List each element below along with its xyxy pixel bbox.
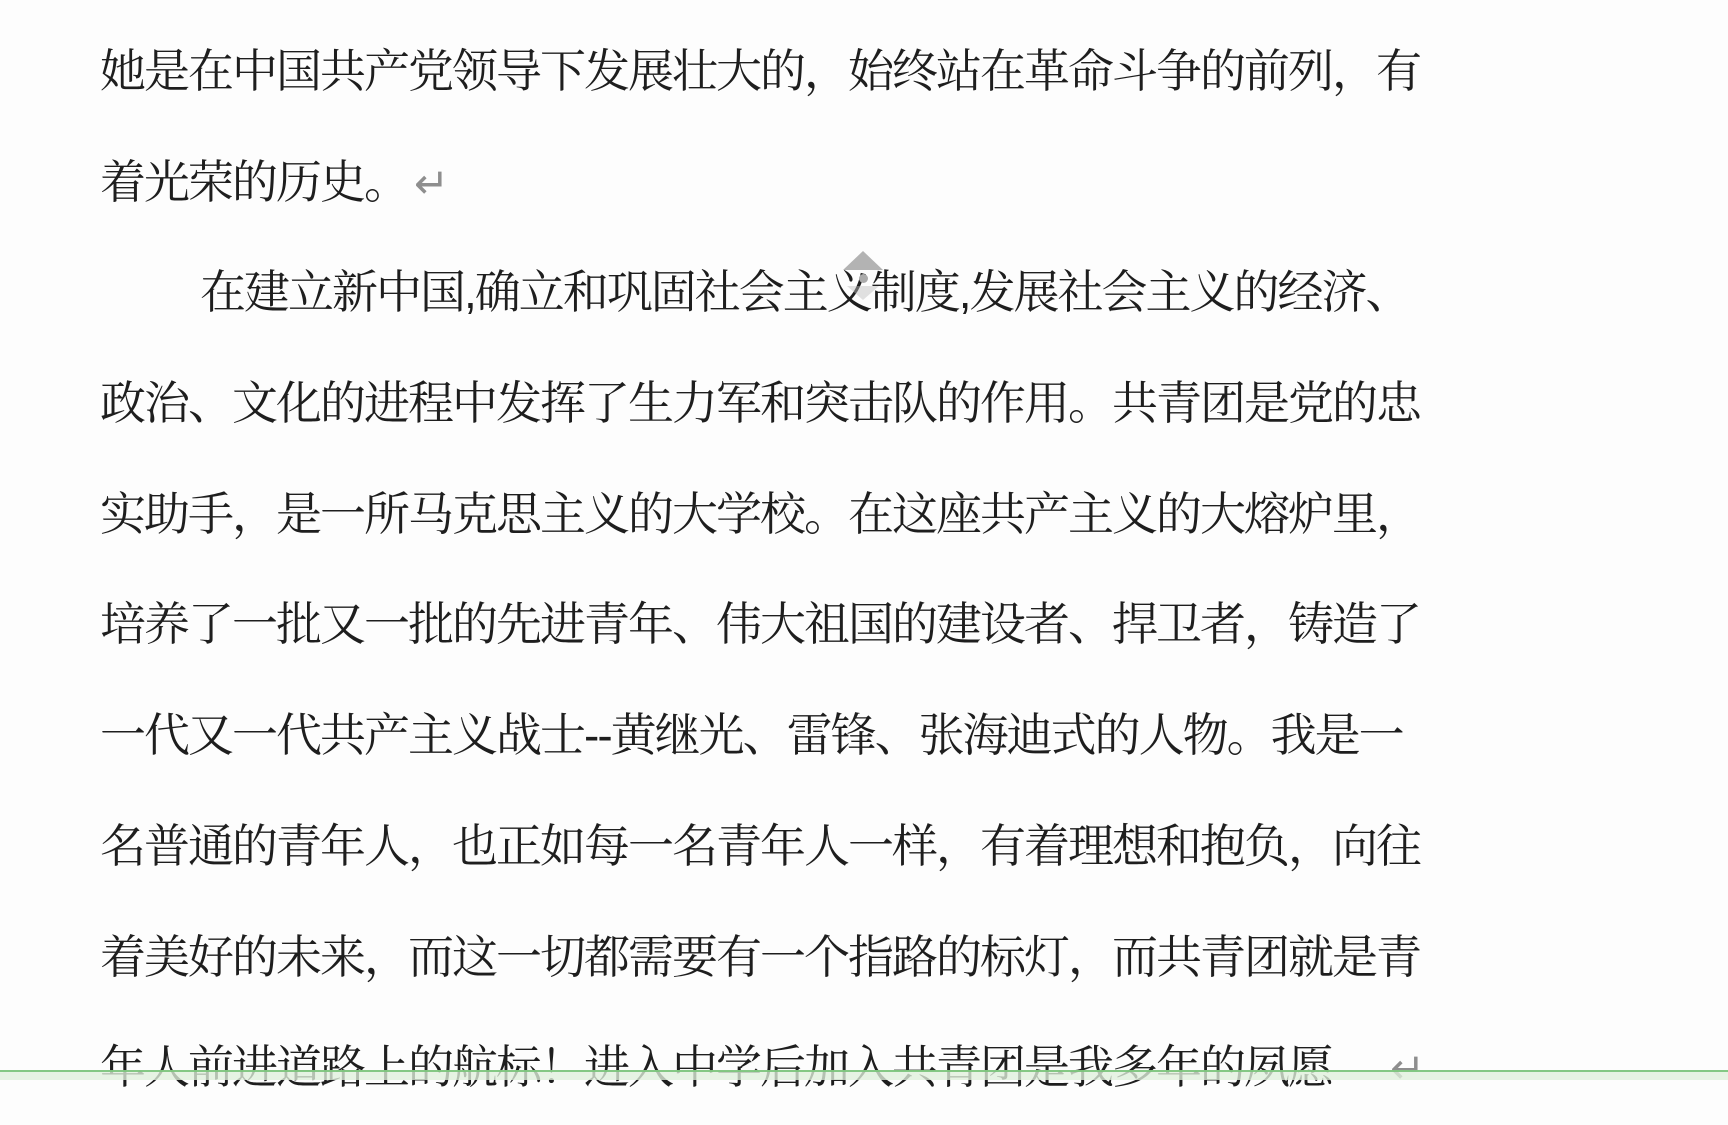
text-line: 一代又一代共产主义战士--黄继光、雷锋、张海迪式的人物。我是一 — [100, 680, 1445, 791]
text-line: 实助手，是一所马克思主义的大学校。在这座共产主义的大熔炉里， — [100, 459, 1445, 570]
scroll-down-arrow-icon — [847, 286, 879, 300]
line-text: 她是在中国共产党领导下发展壮大的，始终站在革命斗争的前列，有 — [100, 45, 1420, 97]
line-text: 着光荣的历史。 — [100, 156, 408, 208]
text-line: 着美好的未来，而这一切都需要有一个指路的标灯，而共青团就是青 — [100, 902, 1445, 1013]
text-line: 她是在中国共产党领导下发展壮大的，始终站在革命斗争的前列，有 — [100, 16, 1445, 127]
line-text: 政治、文化的进程中发挥了生力军和突击队的作用。共青团是党的忠 — [100, 377, 1420, 429]
line-text: 一代又一代共产主义战士--黄继光、雷锋、张海迪式的人物。我是一 — [100, 709, 1403, 761]
paragraph-mark-icon: ↵ — [414, 159, 449, 208]
autoscroll-origin-icon — [842, 251, 884, 300]
line-text: 名普通的青年人，也正如每一名青年人一样，有着理想和抱负，向往 — [100, 820, 1420, 872]
scroll-up-arrow-icon — [843, 251, 883, 270]
scroll-origin-dot-icon — [859, 274, 868, 283]
line-text: 在建立新中国,确立和巩固社会主义制度,发展社会主义的经济、 — [200, 266, 1410, 318]
line-text: 实助手，是一所马克思主义的大学校。在这座共产主义的大熔炉里， — [100, 488, 1420, 540]
text-line: 着光荣的历史。↵ — [100, 127, 1445, 238]
line-text: 着美好的未来，而这一切都需要有一个指路的标灯，而共青团就是青 — [100, 931, 1420, 983]
line-text: 培养了一批又一批的先进青年、伟大祖国的建设者、捍卫者，铸造了 — [100, 598, 1420, 650]
text-line: 在建立新中国,确立和巩固社会主义制度,发展社会主义的经济、 — [100, 237, 1445, 348]
text-line: 培养了一批又一批的先进青年、伟大祖国的建设者、捍卫者，铸造了 — [100, 569, 1445, 680]
text-line: 政治、文化的进程中发挥了生力军和突击队的作用。共青团是党的忠 — [100, 348, 1445, 459]
document-canvas[interactable]: 她是在中国共产党领导下发展壮大的，始终站在革命斗争的前列，有 着光荣的历史。↵ … — [0, 0, 1728, 1080]
grammar-check-underline — [0, 1070, 1728, 1080]
text-line: 名普通的青年人，也正如每一名青年人一样，有着理想和抱负，向往 — [100, 791, 1445, 902]
document-text-block: 她是在中国共产党领导下发展壮大的，始终站在革命斗争的前列，有 着光荣的历史。↵ … — [100, 16, 1445, 1080]
